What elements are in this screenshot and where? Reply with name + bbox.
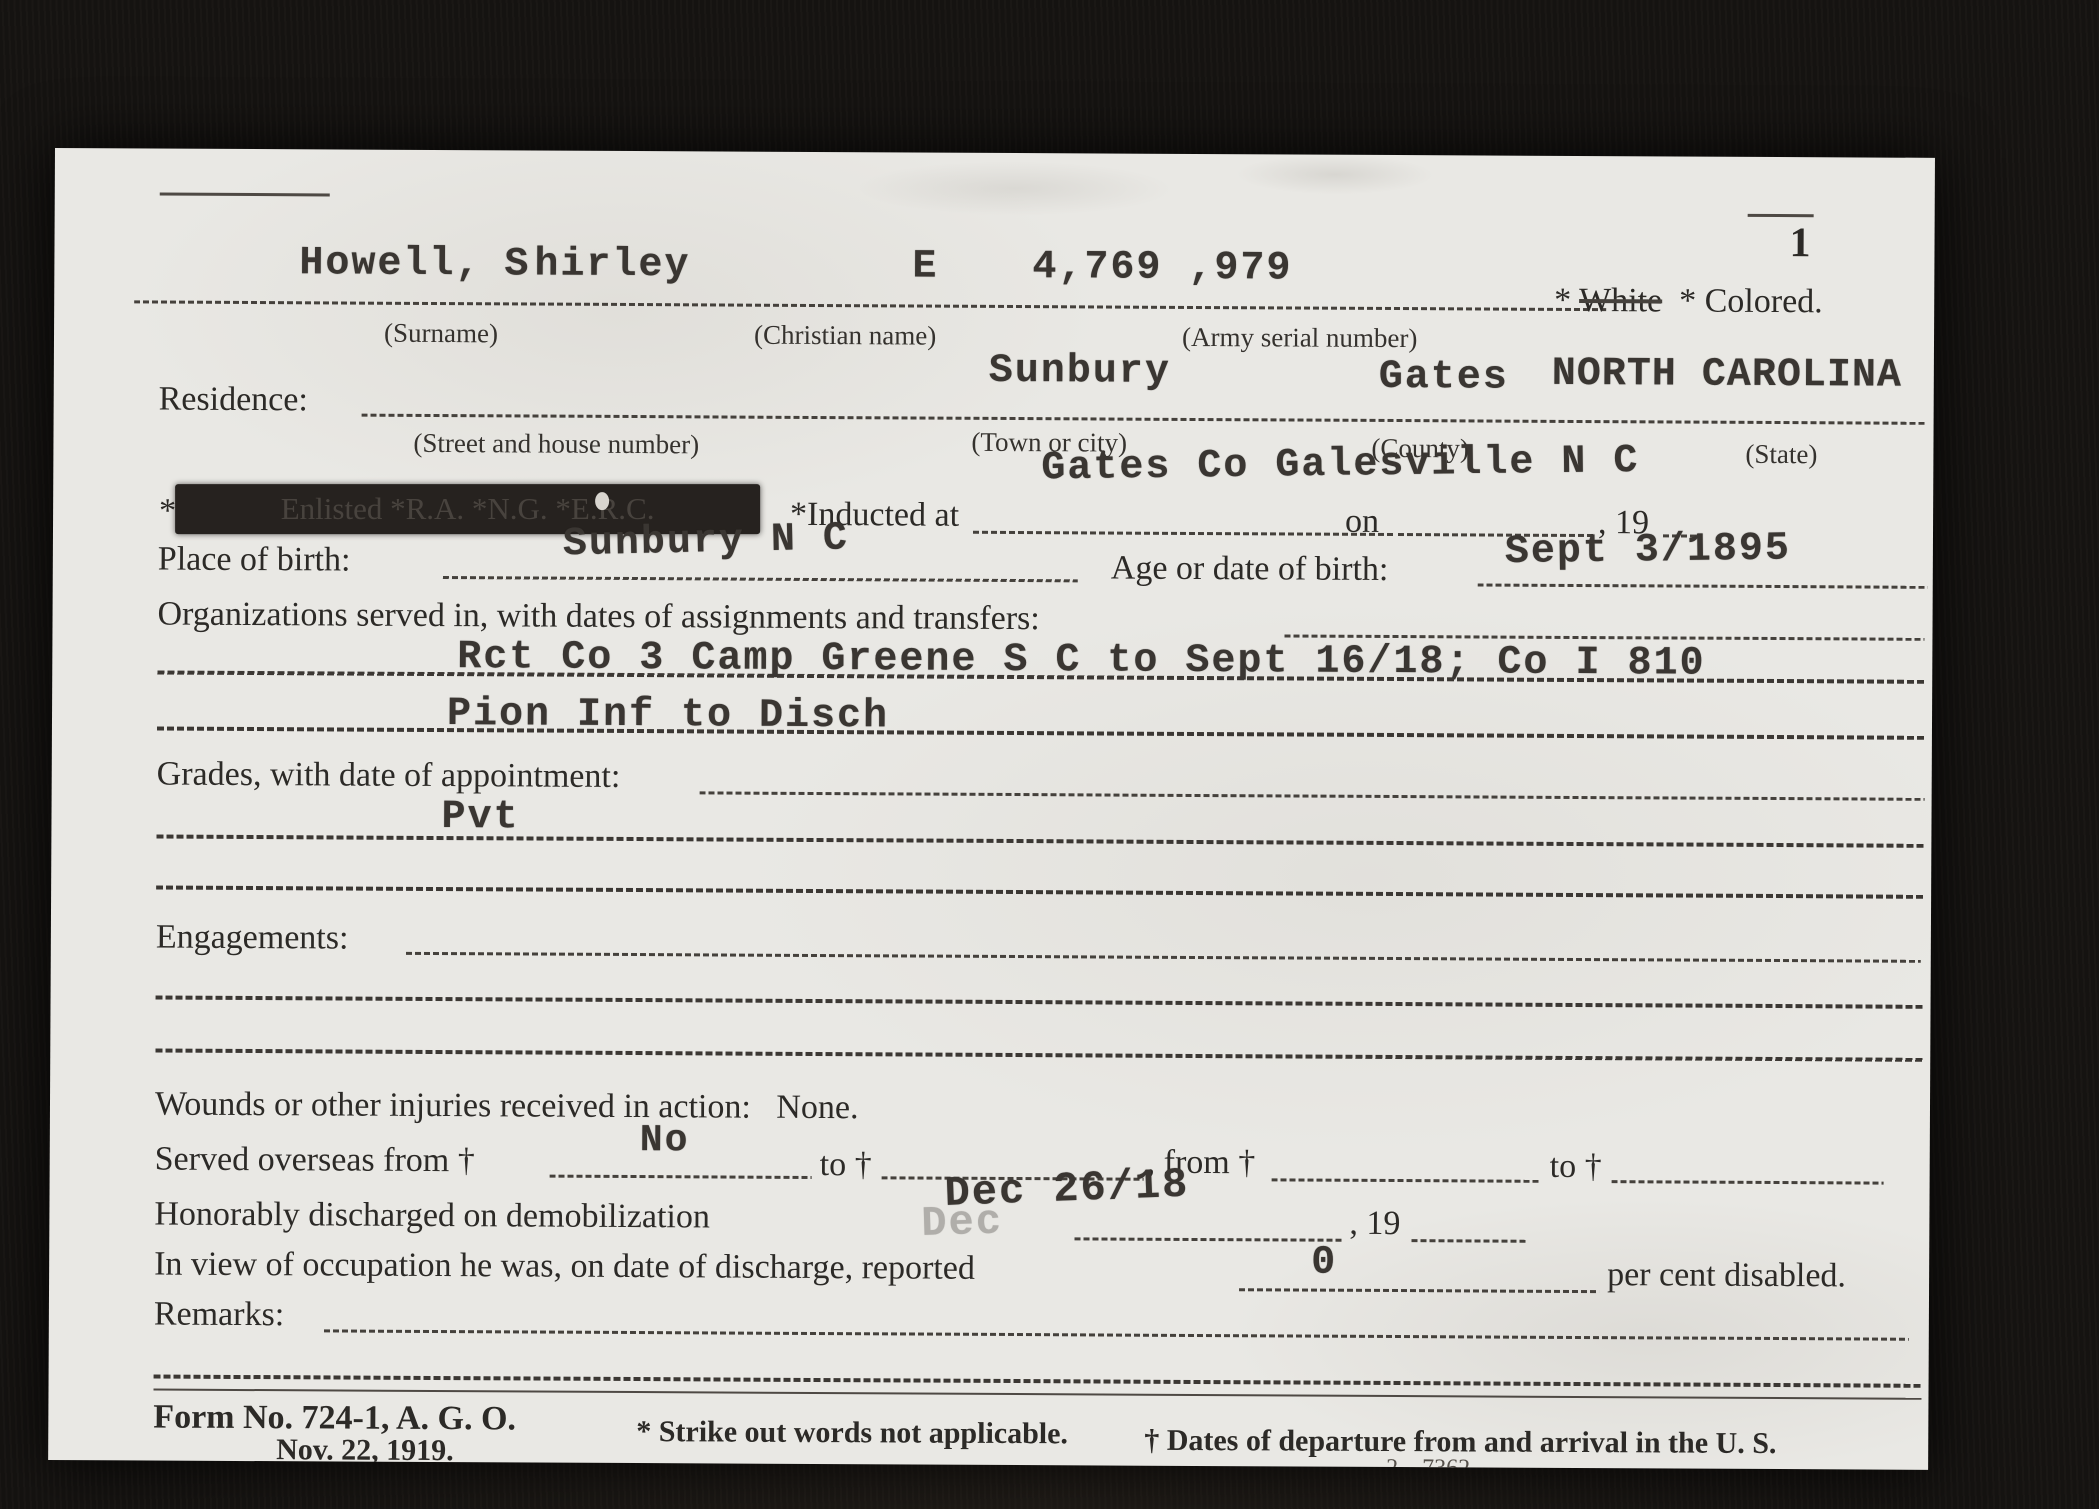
organizations-label: Organizations served in, with dates of a… xyxy=(157,596,1039,639)
residence-county-value: Gates xyxy=(1379,355,1509,401)
discharge-year-blank xyxy=(1411,1239,1526,1243)
grades-label: Grades, with date of appointment: xyxy=(157,756,621,796)
print-code: 2—7362 xyxy=(1386,1455,1470,1470)
race-colored: Colored. xyxy=(1705,283,1823,321)
race-white-struck: White xyxy=(1579,282,1662,319)
disability-label: In view of occupation he was, on date of… xyxy=(154,1246,975,1288)
grades-rule-1 xyxy=(156,835,1924,848)
engagements-label: Engagements: xyxy=(156,919,349,958)
inducted-at-blank xyxy=(973,531,1393,536)
engagements-blank xyxy=(406,952,1921,963)
scanned-service-record: { "page_number": "1", "name": { "surname… xyxy=(0,0,2099,1509)
place-of-birth-label: Place of birth: xyxy=(158,541,351,580)
top-left-rule xyxy=(160,193,330,197)
overseas-blank-1 xyxy=(550,1175,812,1179)
overseas-from-value: No xyxy=(640,1119,690,1162)
form-number: Form No. 724-1, A. G. O. xyxy=(153,1399,516,1439)
residence-rule xyxy=(362,414,1927,425)
surname-label: (Surname) xyxy=(384,318,498,350)
overseas-to2-label: to † xyxy=(1550,1148,1602,1186)
wounds-value: None. xyxy=(776,1089,858,1126)
discharge-date-value: Dec 26/18 xyxy=(944,1161,1191,1218)
residence-label: Residence: xyxy=(159,381,308,420)
residence-town-value: Sunbury xyxy=(989,349,1171,395)
stain-smudge xyxy=(1235,154,1435,195)
serial-number-value: 4,769 ,979 xyxy=(1032,245,1292,291)
state-label: (State) xyxy=(1745,439,1817,470)
county-note-value: Gates Co Galesville N C xyxy=(1041,439,1640,491)
discharge-year-label: , 19 xyxy=(1349,1205,1400,1243)
place-of-birth-blank xyxy=(443,576,1078,582)
race-star-1: * xyxy=(1554,282,1571,319)
inducted-on-label: on xyxy=(1345,503,1379,541)
engagements-rule-2 xyxy=(155,1049,1923,1062)
grades-value: Pvt xyxy=(441,795,519,840)
record-card: 1 Howell, S hirley E 4,769 ,979 * White … xyxy=(48,148,1935,1470)
disability-suffix: per cent disabled. xyxy=(1607,1256,1846,1295)
discharge-label: Honorably discharged on demobilization xyxy=(154,1196,710,1237)
street-label: (Street and house number) xyxy=(413,428,699,460)
overseas-label: Served overseas from † xyxy=(155,1141,475,1181)
overseas-blank-3 xyxy=(1272,1178,1540,1182)
organizations-rule-2 xyxy=(157,727,1925,740)
stain-smudge xyxy=(855,160,1175,217)
race-star-2: * xyxy=(1679,283,1696,320)
date-of-birth-blank xyxy=(1478,583,1928,588)
surname-value: Howell, xyxy=(299,241,481,287)
disability-blank xyxy=(1239,1288,1599,1293)
discharge-blank xyxy=(1074,1237,1344,1241)
residence-state-value: NORTH CAROLINA xyxy=(1552,352,1902,399)
grades-blank xyxy=(700,791,1925,800)
date-of-birth-value: Sept 3/1895 xyxy=(1505,527,1792,575)
footer-solid-rule xyxy=(153,1389,1921,1400)
middle-initial-value: E xyxy=(912,244,938,289)
date-of-birth-label: Age or date of birth: xyxy=(1111,550,1389,589)
redaction-speck xyxy=(595,492,609,510)
overseas-blank-4 xyxy=(1612,1180,1884,1184)
christian-name-rest: hirley xyxy=(534,243,690,289)
place-of-birth-value: Sunbury N C xyxy=(563,516,850,567)
page-number-overline xyxy=(1748,214,1814,217)
enlistment-star: * xyxy=(159,493,176,531)
form-date: Nov. 22, 1919. xyxy=(276,1433,454,1468)
remarks-label: Remarks: xyxy=(154,1296,285,1335)
remarks-blank xyxy=(324,1329,1909,1340)
serial-number-label: (Army serial number) xyxy=(1182,322,1418,354)
footnote-strike-out: * Strike out words not applicable. xyxy=(636,1415,1068,1451)
grades-rule-2 xyxy=(156,886,1924,899)
race-selection: * White * Colored. xyxy=(1554,282,1823,321)
name-row-rule xyxy=(134,300,1606,311)
overseas-to1-label: to † xyxy=(820,1146,872,1184)
christian-name-label: (Christian name) xyxy=(754,320,936,352)
engagements-rule-1 xyxy=(156,996,1924,1009)
wounds-line: Wounds or other injuries received in act… xyxy=(155,1086,859,1128)
disability-value: 0 xyxy=(1311,1241,1337,1286)
footer-dashed-rule xyxy=(154,1375,1922,1388)
